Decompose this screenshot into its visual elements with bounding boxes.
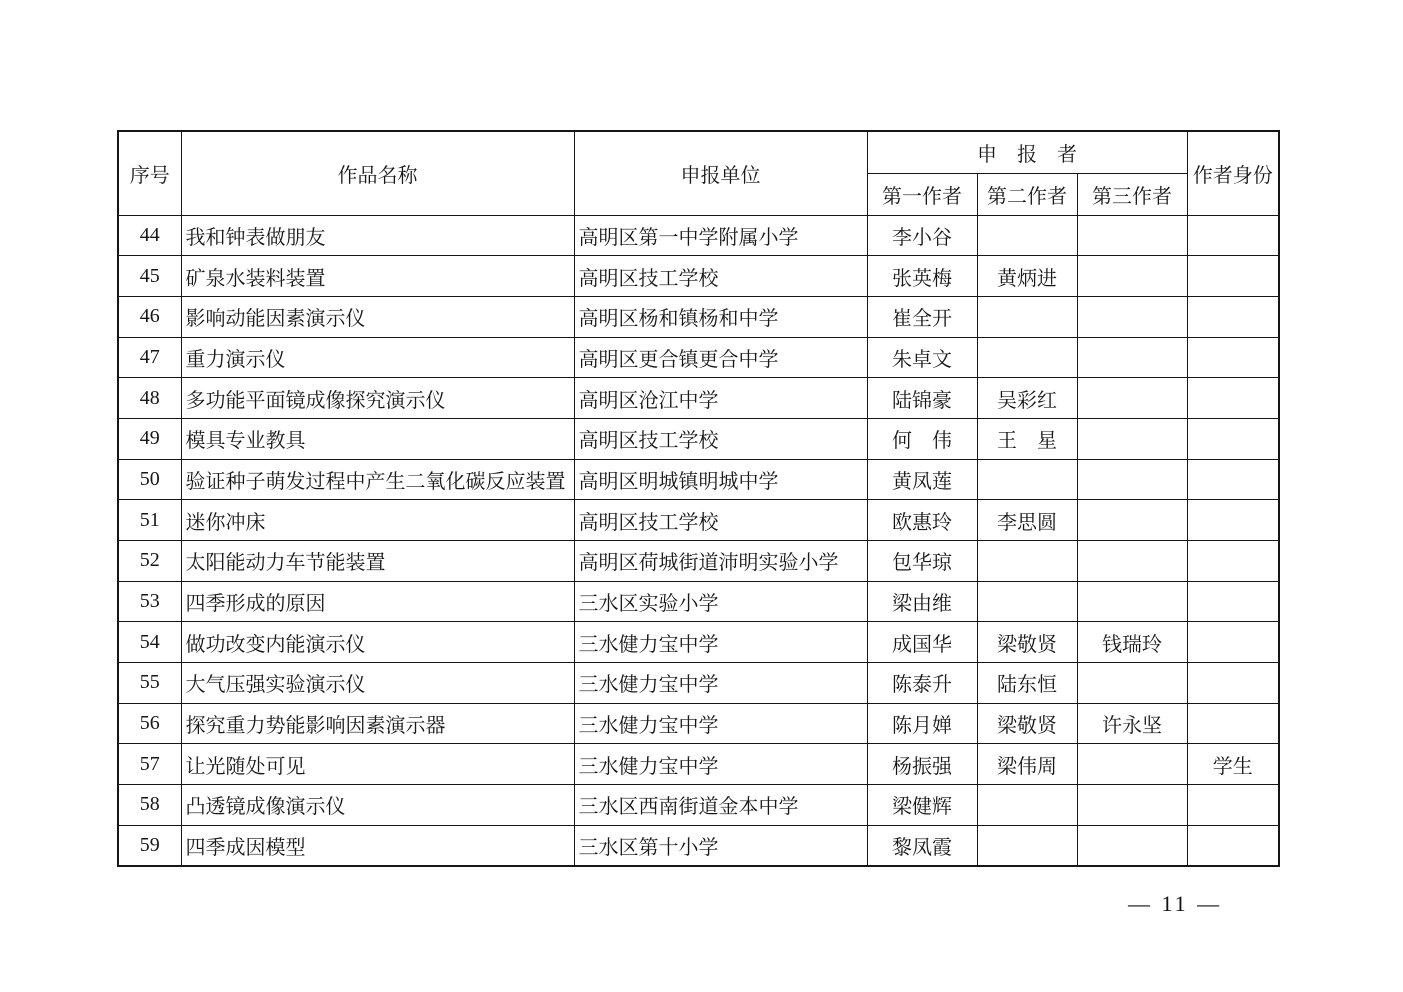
cell-identity [1187, 418, 1279, 459]
cell-author3 [1077, 337, 1187, 378]
cell-title: 四季成因模型 [181, 825, 574, 866]
cell-author3: 许永坚 [1077, 703, 1187, 744]
cell-author2: 王 星 [977, 418, 1077, 459]
cell-author2 [977, 785, 1077, 826]
cell-author3 [1077, 541, 1187, 582]
cell-title: 太阳能动力车节能装置 [181, 541, 574, 582]
cell-unit: 高明区技工学校 [574, 418, 867, 459]
table-row: 44我和钟表做朋友高明区第一中学附属小学李小谷 [118, 215, 1279, 256]
cell-author2 [977, 825, 1077, 866]
cell-author1: 欧惠玲 [867, 500, 977, 541]
header-author2: 第二作者 [977, 173, 1077, 215]
cell-author1: 梁健辉 [867, 785, 977, 826]
cell-identity [1187, 581, 1279, 622]
cell-no: 53 [118, 581, 181, 622]
cell-no: 54 [118, 622, 181, 663]
cell-title: 做功改变内能演示仪 [181, 622, 574, 663]
header-identity: 作者身份 [1187, 131, 1279, 215]
cell-identity [1187, 378, 1279, 419]
cell-identity [1187, 296, 1279, 337]
cell-no: 55 [118, 663, 181, 704]
cell-author1: 黎凤霞 [867, 825, 977, 866]
cell-author1: 梁由维 [867, 581, 977, 622]
cell-author3 [1077, 459, 1187, 500]
cell-author2 [977, 581, 1077, 622]
table-row: 50验证种子萌发过程中产生二氧化碳反应装置高明区明城镇明城中学黄凤莲 [118, 459, 1279, 500]
cell-no: 47 [118, 337, 181, 378]
cell-author2: 梁敬贤 [977, 703, 1077, 744]
cell-author3 [1077, 296, 1187, 337]
cell-author3 [1077, 215, 1187, 256]
header-row-top: 序号 作品名称 申报单位 申 报 者 作者身份 [118, 131, 1279, 173]
cell-unit: 高明区明城镇明城中学 [574, 459, 867, 500]
cell-unit: 三水健力宝中学 [574, 703, 867, 744]
cell-no: 48 [118, 378, 181, 419]
cell-unit: 高明区杨和镇杨和中学 [574, 296, 867, 337]
cell-author2: 李思圆 [977, 500, 1077, 541]
cell-identity [1187, 663, 1279, 704]
cell-no: 46 [118, 296, 181, 337]
cell-author1: 朱卓文 [867, 337, 977, 378]
cell-author2 [977, 337, 1077, 378]
cell-author3 [1077, 581, 1187, 622]
header-unit: 申报单位 [574, 131, 867, 215]
cell-identity [1187, 256, 1279, 297]
cell-author1: 成国华 [867, 622, 977, 663]
cell-no: 59 [118, 825, 181, 866]
cell-author2 [977, 296, 1077, 337]
cell-no: 44 [118, 215, 181, 256]
cell-author2: 梁敬贤 [977, 622, 1077, 663]
table-row: 57让光随处可见三水健力宝中学杨振强梁伟周学生 [118, 744, 1279, 785]
cell-identity [1187, 500, 1279, 541]
cell-title: 迷你冲床 [181, 500, 574, 541]
table-row: 54做功改变内能演示仪三水健力宝中学成国华梁敬贤钱瑞玲 [118, 622, 1279, 663]
cell-author3 [1077, 418, 1187, 459]
cell-author1: 何 伟 [867, 418, 977, 459]
cell-author3 [1077, 378, 1187, 419]
cell-title: 重力演示仪 [181, 337, 574, 378]
cell-author3 [1077, 825, 1187, 866]
cell-title: 模具专业教具 [181, 418, 574, 459]
cell-author2: 黄炳进 [977, 256, 1077, 297]
cell-identity [1187, 459, 1279, 500]
cell-title: 影响动能因素演示仪 [181, 296, 574, 337]
cell-no: 52 [118, 541, 181, 582]
cell-author1: 张英梅 [867, 256, 977, 297]
table-row: 51迷你冲床高明区技工学校欧惠玲李思圆 [118, 500, 1279, 541]
cell-author2: 吴彩红 [977, 378, 1077, 419]
cell-author2: 梁伟周 [977, 744, 1077, 785]
cell-author3 [1077, 256, 1187, 297]
table-row: 47重力演示仪高明区更合镇更合中学朱卓文 [118, 337, 1279, 378]
cell-author1: 崔全开 [867, 296, 977, 337]
cell-no: 58 [118, 785, 181, 826]
cell-unit: 高明区第一中学附属小学 [574, 215, 867, 256]
cell-author3 [1077, 663, 1187, 704]
cell-unit: 高明区更合镇更合中学 [574, 337, 867, 378]
cell-identity [1187, 622, 1279, 663]
cell-author3: 钱瑞玲 [1077, 622, 1187, 663]
cell-unit: 三水健力宝中学 [574, 663, 867, 704]
header-title: 作品名称 [181, 131, 574, 215]
cell-author1: 黄凤莲 [867, 459, 977, 500]
table-body: 44我和钟表做朋友高明区第一中学附属小学李小谷45矿泉水装料装置高明区技工学校张… [118, 215, 1279, 866]
cell-author3 [1077, 785, 1187, 826]
cell-title: 四季形成的原因 [181, 581, 574, 622]
page-number: — 11 — [1128, 891, 1288, 917]
cell-unit: 三水区西南街道金本中学 [574, 785, 867, 826]
works-table: 序号 作品名称 申报单位 申 报 者 作者身份 第一作者 第二作者 第三作者 4… [117, 130, 1280, 867]
cell-author2 [977, 459, 1077, 500]
cell-identity [1187, 703, 1279, 744]
cell-unit: 高明区沧江中学 [574, 378, 867, 419]
cell-identity [1187, 825, 1279, 866]
cell-unit: 三水健力宝中学 [574, 622, 867, 663]
cell-no: 49 [118, 418, 181, 459]
cell-author1: 陈泰升 [867, 663, 977, 704]
cell-unit: 高明区技工学校 [574, 500, 867, 541]
cell-identity: 学生 [1187, 744, 1279, 785]
cell-unit: 三水健力宝中学 [574, 744, 867, 785]
table-row: 53四季形成的原因三水区实验小学梁由维 [118, 581, 1279, 622]
cell-no: 51 [118, 500, 181, 541]
table-row: 55大气压强实验演示仪三水健力宝中学陈泰升陆东恒 [118, 663, 1279, 704]
cell-author3 [1077, 500, 1187, 541]
cell-author1: 李小谷 [867, 215, 977, 256]
cell-title: 凸透镜成像演示仪 [181, 785, 574, 826]
cell-title: 验证种子萌发过程中产生二氧化碳反应装置 [181, 459, 574, 500]
header-author3: 第三作者 [1077, 173, 1187, 215]
cell-title: 矿泉水装料装置 [181, 256, 574, 297]
cell-author1: 包华琼 [867, 541, 977, 582]
cell-unit: 高明区技工学校 [574, 256, 867, 297]
cell-author1: 杨振强 [867, 744, 977, 785]
cell-unit: 三水区实验小学 [574, 581, 867, 622]
cell-no: 56 [118, 703, 181, 744]
cell-author2 [977, 215, 1077, 256]
table-row: 59四季成因模型三水区第十小学黎凤霞 [118, 825, 1279, 866]
cell-identity [1187, 337, 1279, 378]
cell-title: 大气压强实验演示仪 [181, 663, 574, 704]
cell-author2 [977, 541, 1077, 582]
cell-identity [1187, 215, 1279, 256]
document-page: 序号 作品名称 申报单位 申 报 者 作者身份 第一作者 第二作者 第三作者 4… [0, 0, 1403, 992]
table-row: 46影响动能因素演示仪高明区杨和镇杨和中学崔全开 [118, 296, 1279, 337]
header-no: 序号 [118, 131, 181, 215]
cell-title: 让光随处可见 [181, 744, 574, 785]
table-row: 48多功能平面镜成像探究演示仪高明区沧江中学陆锦豪吴彩红 [118, 378, 1279, 419]
table-header: 序号 作品名称 申报单位 申 报 者 作者身份 第一作者 第二作者 第三作者 [118, 131, 1279, 215]
table-row: 58凸透镜成像演示仪三水区西南街道金本中学梁健辉 [118, 785, 1279, 826]
cell-title: 我和钟表做朋友 [181, 215, 574, 256]
table-row: 52太阳能动力车节能装置高明区荷城街道沛明实验小学包华琼 [118, 541, 1279, 582]
header-author1: 第一作者 [867, 173, 977, 215]
cell-author1: 陈月婵 [867, 703, 977, 744]
cell-identity [1187, 541, 1279, 582]
cell-title: 多功能平面镜成像探究演示仪 [181, 378, 574, 419]
cell-author1: 陆锦豪 [867, 378, 977, 419]
table-row: 45矿泉水装料装置高明区技工学校张英梅黄炳进 [118, 256, 1279, 297]
cell-author3 [1077, 744, 1187, 785]
cell-no: 50 [118, 459, 181, 500]
cell-unit: 三水区第十小学 [574, 825, 867, 866]
cell-no: 45 [118, 256, 181, 297]
header-applicants: 申 报 者 [867, 131, 1187, 173]
cell-author2: 陆东恒 [977, 663, 1077, 704]
table-row: 56探究重力势能影响因素演示器三水健力宝中学陈月婵梁敬贤许永坚 [118, 703, 1279, 744]
cell-unit: 高明区荷城街道沛明实验小学 [574, 541, 867, 582]
table-row: 49模具专业教具高明区技工学校何 伟王 星 [118, 418, 1279, 459]
cell-no: 57 [118, 744, 181, 785]
cell-identity [1187, 785, 1279, 826]
cell-title: 探究重力势能影响因素演示器 [181, 703, 574, 744]
